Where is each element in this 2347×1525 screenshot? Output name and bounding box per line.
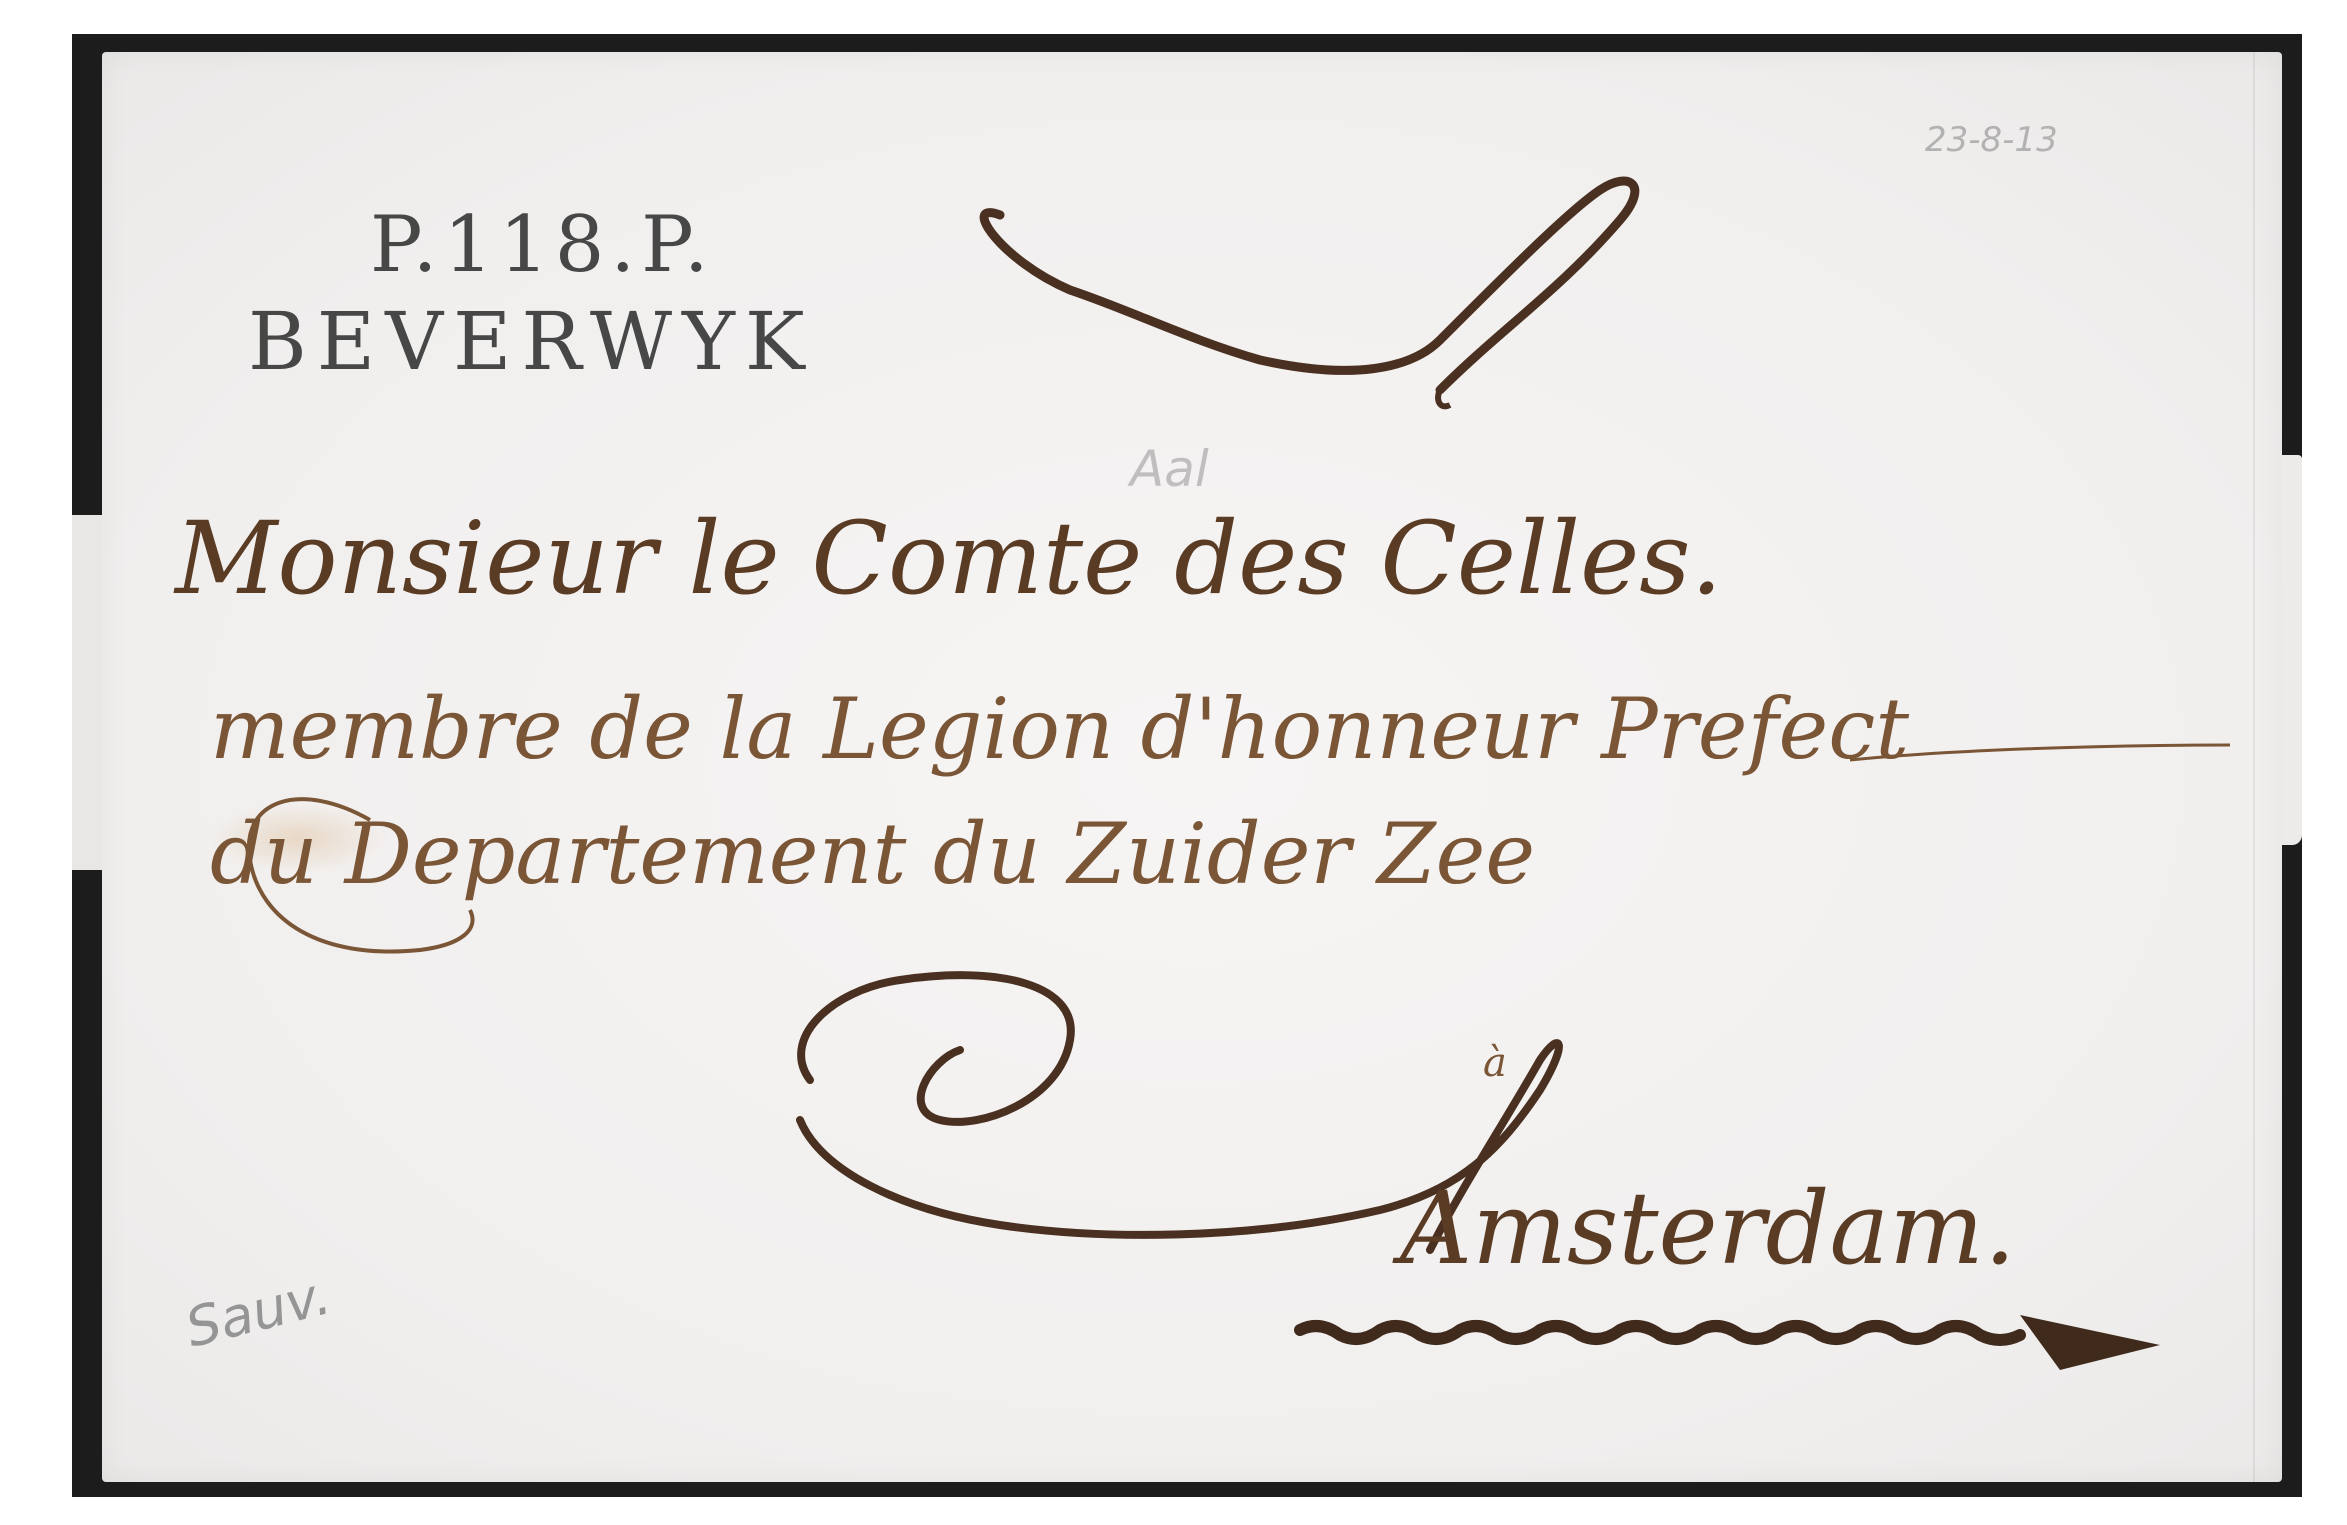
underline-flourish <box>1300 1326 2020 1340</box>
underline-arrowhead <box>2020 1315 2160 1370</box>
address-city: Amsterdam. <box>1400 1170 2016 1287</box>
address-preposition: à <box>1483 1040 1507 1086</box>
address-line-3: du Departement du Zuider Zee <box>210 805 1535 903</box>
address-line-1: Monsieur le Comte des Celles. <box>175 500 1722 617</box>
rate-mark-flourish <box>984 181 1635 390</box>
address-line-2: membre de la Legion d'honneur Prefect <box>210 680 1909 778</box>
